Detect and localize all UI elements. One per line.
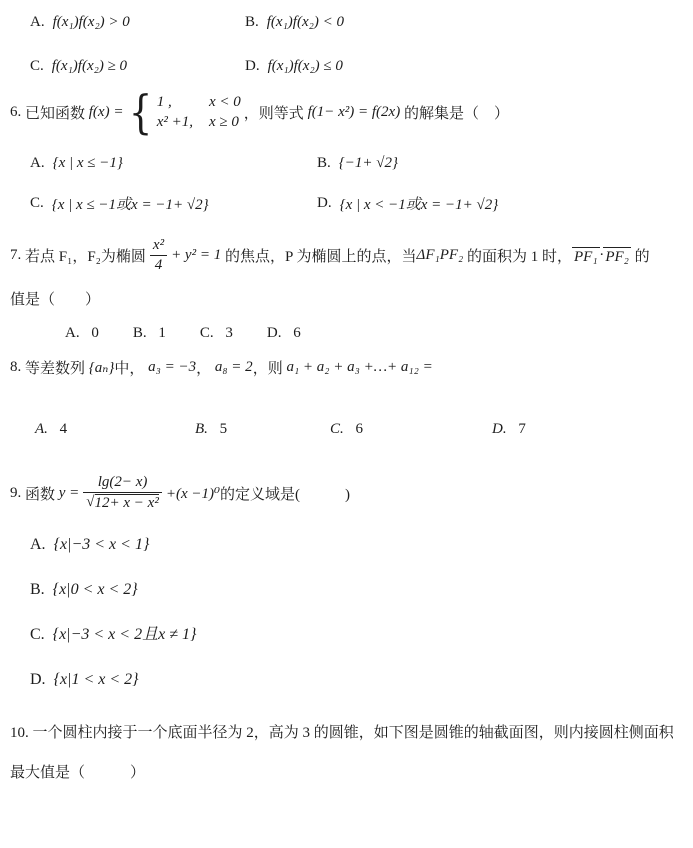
term-a3: a₃ = −3 [148, 359, 196, 376]
question-text: 已知函数 [25, 102, 85, 123]
piecewise-rows: 1 , x < 0 x² +1, x ≥ 0 [157, 94, 241, 131]
option-formula: {x | x ≤ −1} [53, 155, 123, 172]
function-def: f(x) = [89, 104, 124, 121]
radicand: 12+ x − x² [95, 494, 159, 512]
piece-2-cond: x ≥ 0 [209, 114, 241, 131]
q9-option-b: B. {x|0 < x < 2} [10, 578, 681, 602]
option-letter: C. [200, 325, 214, 341]
vector-pf2: PF₂ [603, 247, 631, 266]
question-number: 10. [10, 725, 29, 741]
plus-term: +(x −1)⁰ [166, 484, 220, 503]
option-letter: A. [30, 533, 46, 557]
option-letter: D. [245, 58, 260, 75]
q6-option-d: D. {x | x < −1或x = −1+ √2} [317, 193, 498, 214]
option-letter: A. [65, 325, 80, 341]
option-letter: A. [30, 155, 45, 172]
question-8-stem: 8. 等差数列 {aₙ} 中， a₃ = −3 ， a₈ = 2 ，则 a₁ +… [10, 357, 681, 378]
fraction-denominator: 4 [150, 256, 167, 274]
option-letter: C. [30, 623, 45, 647]
question-text: 的定义域是( ) [220, 483, 350, 504]
sequence-set: {aₙ} [89, 358, 115, 377]
q6-options-row-cd: C. {x | x ≤ −1或x = −1+ √2} D. {x | x < −… [10, 193, 681, 214]
q8-option-a: A. 4 [35, 421, 195, 438]
option-letter: D. [317, 195, 332, 212]
question-text: 的焦点，P 为椭圆上的点，当 [225, 245, 417, 266]
question-text: ，则 [253, 357, 283, 378]
q9-options: A. {x|−3 < x < 1} B. {x|0 < x < 2} C. {x… [10, 533, 681, 692]
q7-option-a: A. 0 [65, 325, 99, 342]
sum-expression: a₁ + a₂ + a₃ +…+ a₁₂ = [286, 359, 432, 376]
y-equals: y = [59, 485, 80, 502]
question-7-line2: 值是（ ） [10, 288, 681, 309]
q5-option-a: A. f(x₁)f(x₂) > 0 [30, 14, 245, 31]
triangle-term: ΔF₁PF₂ [417, 247, 464, 264]
option-letter: D. [492, 421, 507, 437]
separator: ， [196, 357, 211, 378]
q9-option-a: A. {x|−3 < x < 1} [10, 533, 681, 557]
exam-page: A. f(x₁)f(x₂) > 0 B. f(x₁)f(x₂) < 0 C. f… [0, 0, 693, 848]
q8-option-b: B. 5 [195, 421, 330, 438]
option-formula: f(x₁)f(x₂) > 0 [53, 14, 130, 31]
q6-option-b: B. {−1+ √2} [317, 155, 398, 172]
question-number: 9. [10, 485, 21, 502]
option-formula: {x|−3 < x < 1} [54, 533, 150, 557]
q7-option-c: C. 3 [200, 325, 233, 342]
ellipse-fraction: x² 4 [150, 237, 167, 274]
question-number: 7. [10, 247, 21, 264]
fraction-numerator: lg(2− x) [83, 474, 162, 493]
option-value: 1 [158, 325, 166, 341]
option-formula: f(x₁)f(x₂) ≥ 0 [52, 58, 127, 75]
option-letter: D. [30, 668, 46, 692]
option-letter: B. [30, 578, 45, 602]
question-text: 的面积为 1 时， [467, 245, 572, 266]
question-text: 等差数列 [25, 357, 85, 378]
question-text: 的解集是（ ） [404, 102, 509, 123]
option-value: 3 [225, 325, 233, 341]
option-formula: {x|0 < x < 2} [53, 578, 138, 602]
fraction-denominator: √ 12+ x − x² [83, 493, 162, 512]
question-text: 一个圆柱内接于一个底面半径为 2，高为 3 的圆锥，如下图是圆锥的轴截面图，则内… [10, 725, 674, 781]
question-7-stem: 7. 若点 F₁，F₂为椭圆 x² 4 + y² = 1 的焦点，P 为椭圆上的… [10, 237, 681, 274]
question-10-stem: 10. 一个圆柱内接于一个底面半径为 2，高为 3 的圆锥，如下图是圆锥的轴截面… [10, 713, 681, 793]
equation: f(1− x²) = f(2x) [308, 104, 401, 121]
q9-option-c: C. {x|−3 < x < 2且x ≠ 1} [10, 623, 681, 647]
option-letter: C. [330, 421, 344, 437]
piecewise-function: { 1 , x < 0 x² +1, x ≥ 0 [126, 92, 240, 133]
question-9-stem: 9. 函数 y = lg(2− x) √ 12+ x − x² +(x −1)⁰… [10, 474, 681, 512]
question-text: 函数 [25, 483, 55, 504]
question-text: 中， [114, 357, 144, 378]
question-text: ，则等式 [244, 102, 304, 123]
vector-pf1: PF₁ [572, 247, 600, 266]
q8-option-c: C. 6 [330, 421, 492, 438]
radical-sign: √ [86, 494, 94, 511]
piece-2-expr: x² +1, [157, 114, 193, 131]
option-letter: A. [35, 421, 48, 437]
option-letter: B. [195, 421, 208, 437]
piece-1-expr: 1 , [157, 94, 193, 111]
option-value: 0 [91, 325, 99, 341]
option-letter: D. [267, 325, 282, 341]
option-value: 7 [518, 421, 526, 437]
option-formula: f(x₁)f(x₂) < 0 [267, 14, 344, 31]
q7-option-b: B. 1 [133, 325, 166, 342]
option-letter: A. [30, 14, 45, 31]
q6-option-a: A. {x | x ≤ −1} [30, 155, 317, 172]
option-formula: {−1+ √2} [339, 155, 398, 172]
option-letter: B. [317, 155, 331, 172]
left-brace: { [129, 92, 152, 133]
option-letter: B. [133, 325, 147, 341]
question-number: 6. [10, 104, 21, 121]
q5-option-c: C. f(x₁)f(x₂) ≥ 0 [30, 58, 245, 75]
question-text: 若点 F₁，F₂为椭圆 [25, 245, 146, 266]
radical: √ 12+ x − x² [86, 494, 159, 512]
option-letter: C. [30, 58, 44, 75]
ellipse-equation: + y² = 1 [171, 247, 221, 264]
option-formula: f(x₁)f(x₂) ≤ 0 [268, 58, 343, 75]
q5-option-b: B. f(x₁)f(x₂) < 0 [245, 14, 344, 31]
q5-option-d: D. f(x₁)f(x₂) ≤ 0 [245, 58, 343, 75]
option-value: 5 [220, 421, 228, 437]
piece-1-cond: x < 0 [209, 94, 241, 111]
q8-options-row: A. 4 B. 5 C. 6 D. 7 [10, 421, 681, 438]
q5-options-row-cd: C. f(x₁)f(x₂) ≥ 0 D. f(x₁)f(x₂) ≤ 0 [10, 58, 681, 75]
option-letter: B. [245, 14, 259, 31]
fraction-numerator: x² [150, 237, 167, 256]
option-value: 6 [293, 325, 301, 341]
option-formula: {x | x < −1或x = −1+ √2} [340, 193, 499, 214]
option-formula: {x|1 < x < 2} [54, 668, 139, 692]
option-letter: C. [30, 195, 44, 212]
q8-option-d: D. 7 [492, 421, 526, 438]
q5-options-row-ab: A. f(x₁)f(x₂) > 0 B. f(x₁)f(x₂) < 0 [10, 10, 681, 31]
q7-option-d: D. 6 [267, 325, 301, 342]
q7-options-row: A. 0 B. 1 C. 3 D. 6 [10, 325, 681, 342]
question-number: 8. [10, 359, 21, 376]
q9-option-d: D. {x|1 < x < 2} [10, 668, 681, 692]
option-value: 6 [356, 421, 364, 437]
option-value: 4 [60, 421, 68, 437]
option-formula: {x|−3 < x < 2且x ≠ 1} [53, 623, 197, 647]
question-text: 的 [635, 245, 650, 266]
question-6-stem: 6. 已知函数 f(x) = { 1 , x < 0 x² +1, x ≥ 0 … [10, 92, 681, 133]
q6-options-row-ab: A. {x | x ≤ −1} B. {−1+ √2} [10, 155, 681, 172]
term-a8: a₈ = 2 [215, 359, 253, 376]
option-formula: {x | x ≤ −1或x = −1+ √2} [52, 193, 209, 214]
q6-option-c: C. {x | x ≤ −1或x = −1+ √2} [30, 193, 317, 214]
q9-fraction: lg(2− x) √ 12+ x − x² [83, 474, 162, 512]
